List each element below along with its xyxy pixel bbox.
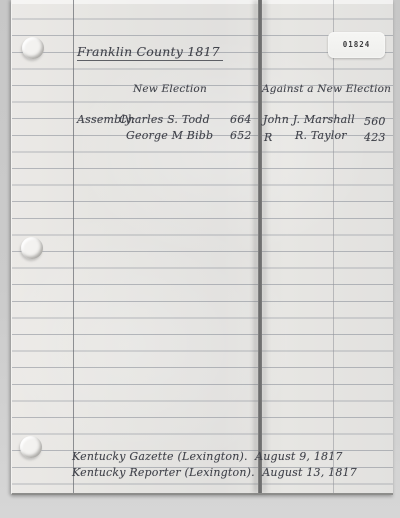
notebook-page [11,0,393,495]
source-citation-2: Kentucky Reporter (Lexington). August 13… [72,466,357,479]
column-header-new-election: New Election [133,83,207,95]
source-citation-1: Kentucky Gazette (Lexington). August 9, … [72,450,343,463]
page-title: Franklin County 1817 [77,44,223,61]
page-top-edge [12,0,393,4]
hole-punch-middle [21,237,43,259]
row2-left-votes: 652 [230,129,252,142]
row1-right-candidate: John J. Marshall [263,113,355,126]
row2-right-prefix: R [264,131,272,144]
catalog-sticker: 01824 [328,32,385,58]
hole-punch-bottom [20,436,42,458]
row1-left-candidate: Charles S. Todd [119,113,210,126]
hole-punch-top [22,37,44,59]
row1-right-votes: 560 [364,115,386,128]
left-margin-line [73,0,74,493]
catalog-number: 01824 [328,32,385,58]
row2-right-candidate: R. Taylor [295,129,347,142]
ruled-lines [12,3,393,493]
row2-right-votes: 423 [364,131,386,144]
right-margin-line [333,0,334,493]
column-header-against-new-election: Against a New Election [262,83,391,95]
scanned-document: 01824 Franklin County 1817 New Election … [0,0,400,518]
center-fold-crease [258,0,262,493]
row2-left-candidate: George M Bibb [126,129,213,142]
row1-left-votes: 664 [230,113,252,126]
